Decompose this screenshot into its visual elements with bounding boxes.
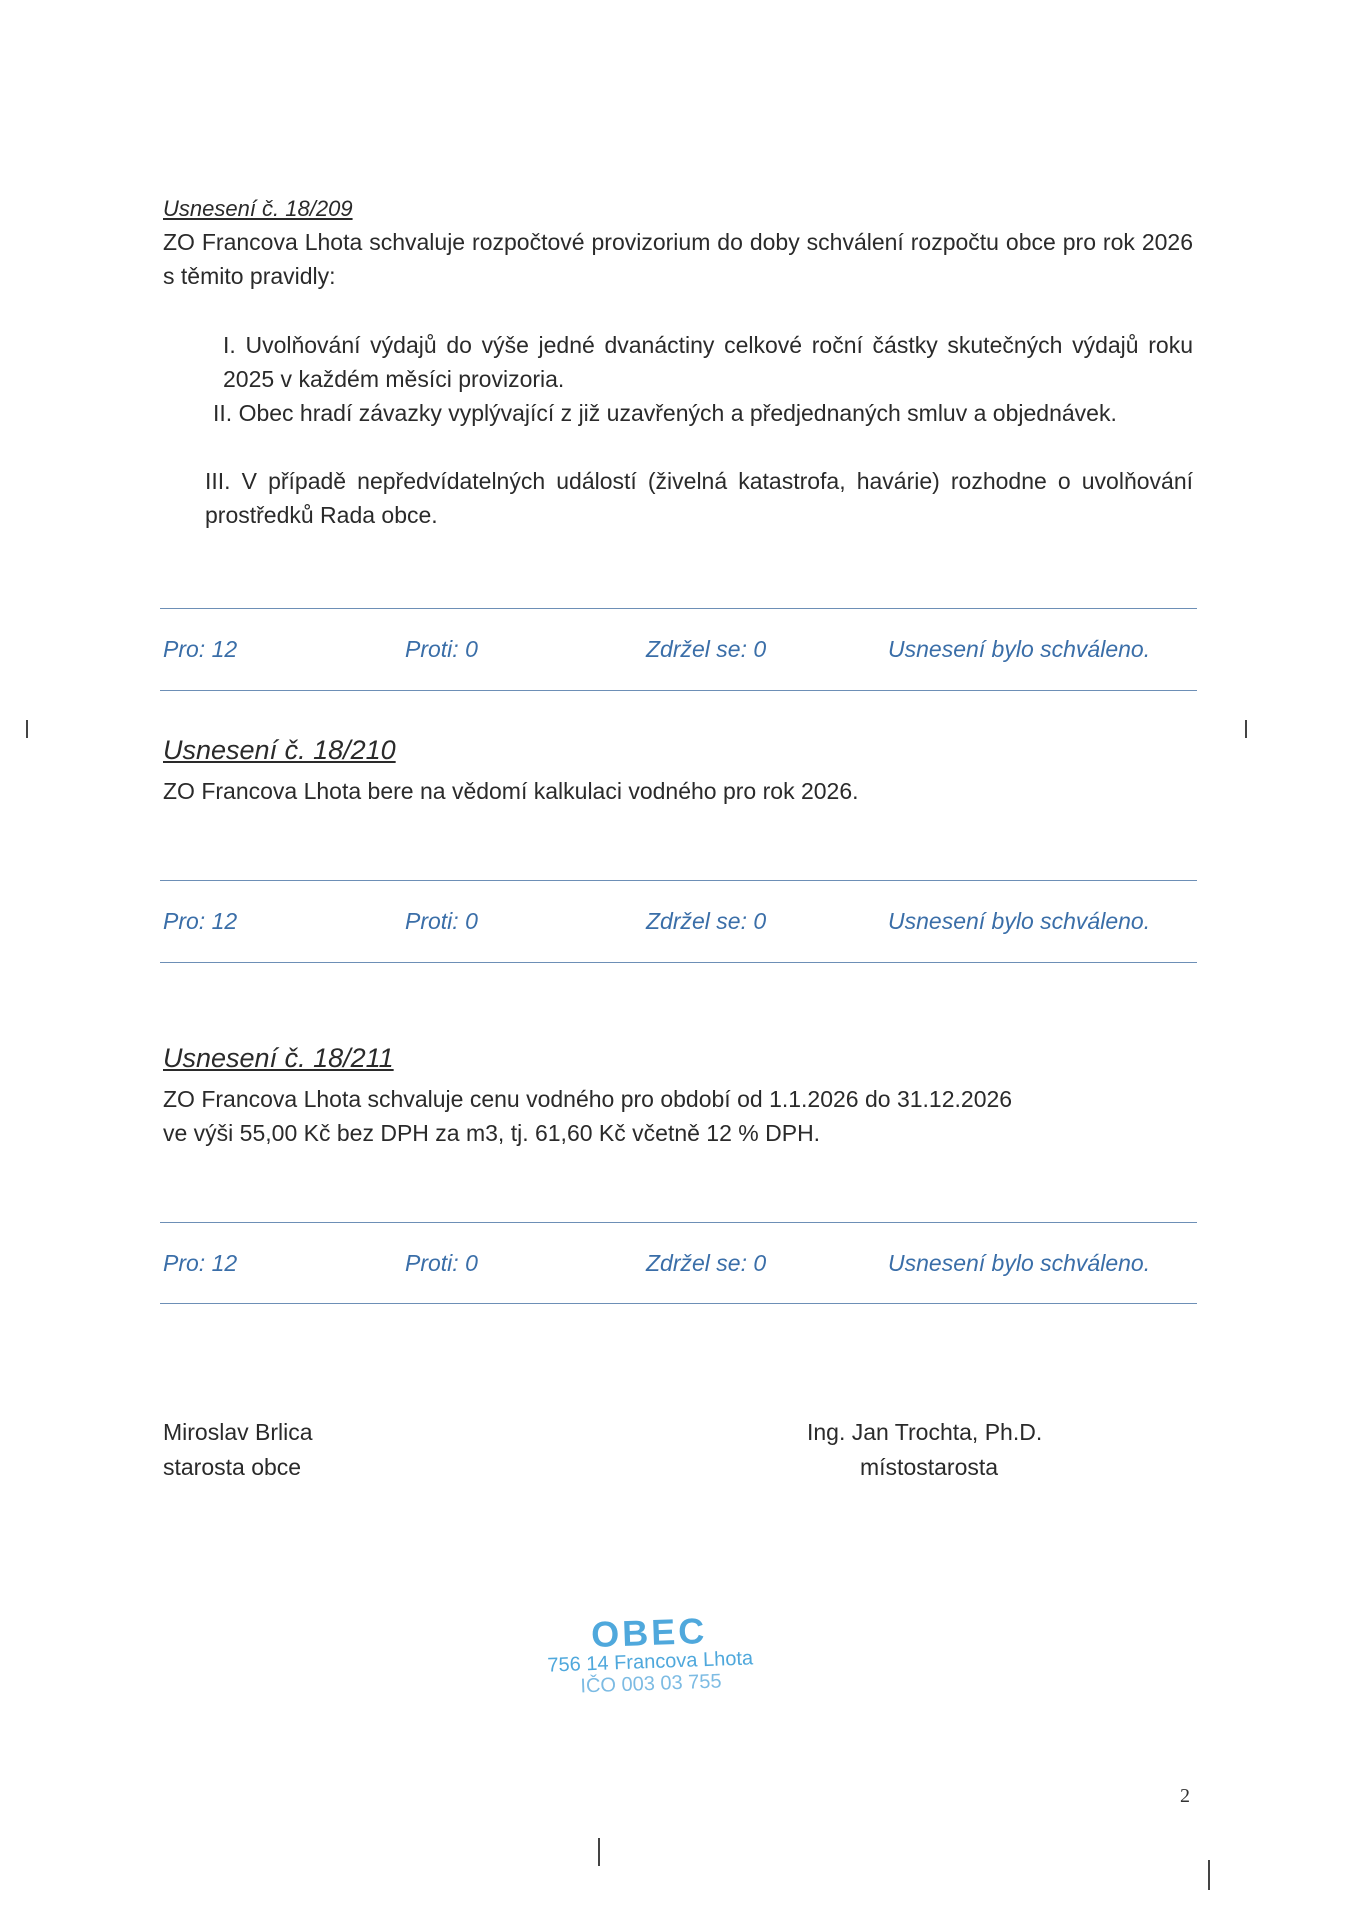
rule-number: II. xyxy=(213,400,232,426)
divider xyxy=(160,1222,1197,1223)
resolution-text-line: ZO Francova Lhota schvaluje cenu vodného… xyxy=(163,1082,1193,1116)
rule-body: V případě nepředvídatelných událostí (ži… xyxy=(205,468,1193,528)
divider xyxy=(160,880,1197,881)
divider xyxy=(160,690,1197,691)
vote-result: Usnesení bylo schváleno. xyxy=(888,1250,1150,1277)
rule-number: I. xyxy=(223,332,236,358)
vote-pro: Pro: 12 xyxy=(163,908,237,935)
divider xyxy=(160,962,1197,963)
resolution-text: ZO Francova Lhota schvaluje rozpočtové p… xyxy=(163,225,1193,293)
vote-pro: Pro: 12 xyxy=(163,1250,237,1277)
scan-mark xyxy=(1208,1860,1210,1890)
signatory-name: Miroslav Brlica xyxy=(163,1415,313,1450)
vote-proti: Proti: 0 xyxy=(405,636,478,663)
signatory-role: místostarosta xyxy=(807,1450,1042,1485)
vote-pro: Pro: 12 xyxy=(163,636,237,663)
vote-zdrzel: Zdržel se: 0 xyxy=(646,1250,766,1277)
resolution-title: Usnesení č. 18/210 xyxy=(163,735,396,766)
signatory-name: Ing. Jan Trochta, Ph.D. xyxy=(807,1415,1042,1450)
rule-body: Uvolňování výdajů do výše jedné dvanácti… xyxy=(223,332,1193,392)
rule-text: I. Uvolňování výdajů do výše jedné dvaná… xyxy=(205,328,1193,396)
page-number: 2 xyxy=(1180,1785,1190,1808)
vote-result: Usnesení bylo schváleno. xyxy=(888,636,1150,663)
scan-mark xyxy=(26,720,28,738)
vote-zdrzel: Zdržel se: 0 xyxy=(646,636,766,663)
scan-mark xyxy=(1245,720,1247,738)
resolution-rule-item: III. V případě nepředvídatelných událost… xyxy=(205,464,1193,532)
divider xyxy=(160,608,1197,609)
vote-proti: Proti: 0 xyxy=(405,908,478,935)
official-stamp: OBEC 756 14 Francova Lhota IČO 003 03 75… xyxy=(509,1610,792,1700)
resolution-title: Usnesení č. 18/209 xyxy=(163,196,353,222)
signatory-role: starosta obce xyxy=(163,1450,313,1485)
vote-zdrzel: Zdržel se: 0 xyxy=(646,908,766,935)
vote-result: Usnesení bylo schváleno. xyxy=(888,908,1150,935)
resolution-text-line: ve výši 55,00 Kč bez DPH za m3, tj. 61,6… xyxy=(163,1116,1193,1150)
resolution-text: ZO Francova Lhota bere na vědomí kalkula… xyxy=(163,774,1193,808)
divider xyxy=(160,1303,1197,1304)
signature-right: Ing. Jan Trochta, Ph.D. místostarosta xyxy=(807,1415,1042,1485)
document-page: Usnesení č. 18/209 ZO Francova Lhota sch… xyxy=(0,0,1357,1920)
resolution-title: Usnesení č. 18/211 xyxy=(163,1043,394,1074)
vote-proti: Proti: 0 xyxy=(405,1250,478,1277)
resolution-rule-item: I. Uvolňování výdajů do výše jedné dvaná… xyxy=(205,328,1193,396)
scan-mark xyxy=(598,1838,600,1866)
rule-number: III. xyxy=(205,468,231,494)
rule-body: Obec hradí závazky vyplývající z již uza… xyxy=(239,400,1117,426)
signature-left: Miroslav Brlica starosta obce xyxy=(163,1415,313,1485)
resolution-rule-item: II. Obec hradí závazky vyplývající z již… xyxy=(205,396,1193,430)
